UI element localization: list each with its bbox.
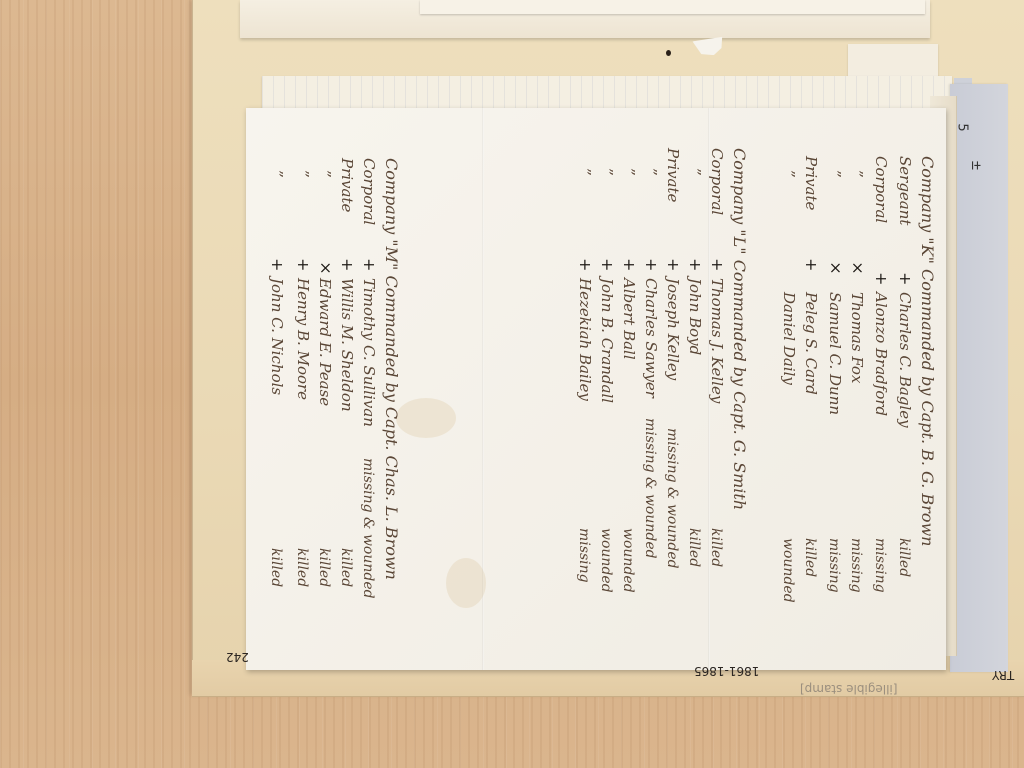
entry-status: wounded: [780, 538, 796, 603]
entry-rank: Private: [802, 156, 820, 210]
entry-name: Thomas Fox: [848, 292, 866, 383]
entry-rank: Corporal: [872, 156, 890, 223]
entry-name: Samuel C. Dunn: [826, 292, 844, 415]
entry-rank: ”: [826, 170, 844, 178]
entry-rank: ”: [686, 168, 704, 176]
folder-faint-stamp: [illegible stamp]: [800, 682, 897, 696]
entry-status: killed: [268, 548, 284, 587]
entry-rank: ”: [598, 168, 616, 176]
entry-mark: +: [598, 258, 617, 271]
entry-mark: +: [360, 258, 379, 271]
entry-rank: Corporal: [360, 158, 378, 225]
entry-name: Alonzo Bradford: [872, 292, 890, 416]
entry-rank: Private: [338, 158, 356, 212]
entry-status: killed: [686, 528, 702, 567]
entry-mark: +: [576, 258, 595, 271]
ink-dot: [666, 50, 671, 56]
entry-rank: ”: [780, 170, 798, 178]
entry-status: killed: [802, 538, 818, 577]
entry-status: killed: [316, 548, 332, 587]
entry-name: Charles Sawyer: [642, 278, 660, 398]
section-heading: Company "M" Commanded by Capt. Chas. L. …: [382, 158, 401, 580]
folder-label-code: TRY: [992, 668, 1014, 682]
section-heading: Company "K" Commanded by Capt. B. G. Bro…: [918, 156, 937, 546]
entry-name: Daniel Daily: [780, 292, 798, 385]
entry-status: missing: [576, 528, 592, 583]
folder-label-date-range: 1861-1865: [694, 664, 759, 678]
entry-rank: ”: [316, 170, 334, 178]
entry-name: Peleg S. Card: [802, 292, 820, 395]
entry-name: Hezekiah Bailey: [576, 278, 594, 401]
entry-status: killed: [708, 528, 724, 567]
blue-sheet-mark: ±: [968, 160, 983, 171]
folder-label-number: 242: [226, 650, 249, 664]
entry-rank: Corporal: [708, 148, 726, 215]
entry-name: Charles C. Bagley: [896, 292, 914, 428]
entry-status: missing & wounded: [360, 458, 376, 599]
entry-mark: ×: [316, 258, 335, 277]
entry-rank: ”: [294, 170, 312, 178]
entry-status: missing: [826, 538, 842, 593]
entry-name: Joseph Kelley: [664, 278, 682, 380]
entry-mark: +: [896, 272, 915, 285]
handwritten-text-layer: Company "K" Commanded by Capt. B. G. Bro…: [246, 108, 946, 670]
entry-status: missing: [872, 538, 888, 593]
entry-status: wounded: [620, 528, 636, 593]
entry-name: Albert Ball: [620, 278, 638, 360]
entry-status: missing & wounded: [664, 428, 680, 569]
entry-mark: ×: [826, 258, 845, 277]
entry-name: Thomas J. Kelley: [708, 278, 726, 403]
entry-mark: +: [664, 258, 683, 271]
entry-name: John B. Crandall: [598, 278, 616, 403]
entry-rank: ”: [620, 168, 638, 176]
entry-mark: ×: [848, 258, 867, 277]
entry-mark: +: [620, 258, 639, 271]
entry-mark: +: [338, 258, 357, 271]
entry-mark: +: [642, 258, 661, 271]
entry-name: John Boyd: [686, 278, 704, 355]
top-paper-stack-upper: [420, 0, 925, 14]
entry-name: Willis M. Sheldon: [338, 278, 356, 412]
section-heading: Company "L" Commanded by Capt. G. Smith: [730, 148, 749, 510]
entry-rank: ”: [268, 170, 286, 178]
entry-name: Henry B. Moore: [294, 278, 312, 400]
entry-status: killed: [294, 548, 310, 587]
entry-mark: +: [294, 258, 313, 271]
entry-status: killed: [338, 548, 354, 587]
entry-status: killed: [896, 538, 912, 577]
entry-status: missing & wounded: [642, 418, 658, 559]
entry-rank: ”: [848, 170, 866, 178]
entry-name: John C. Nichols: [268, 278, 286, 395]
entry-status: wounded: [598, 528, 614, 593]
entry-mark: +: [686, 258, 705, 271]
entry-name: Timothy C. Sullivan: [360, 278, 378, 427]
entry-name: Edward E. Pease: [316, 278, 334, 406]
entry-rank: Private: [664, 148, 682, 202]
entry-mark: +: [872, 272, 891, 285]
entry-rank: Sergeant: [896, 156, 914, 225]
entry-mark: +: [802, 258, 821, 271]
entry-mark: +: [268, 258, 287, 271]
entry-rank: ”: [642, 168, 660, 176]
entry-rank: ”: [576, 168, 594, 176]
blue-backing-sheet: [950, 84, 1008, 672]
entry-status: missing: [848, 538, 864, 593]
entry-mark: +: [708, 258, 727, 271]
